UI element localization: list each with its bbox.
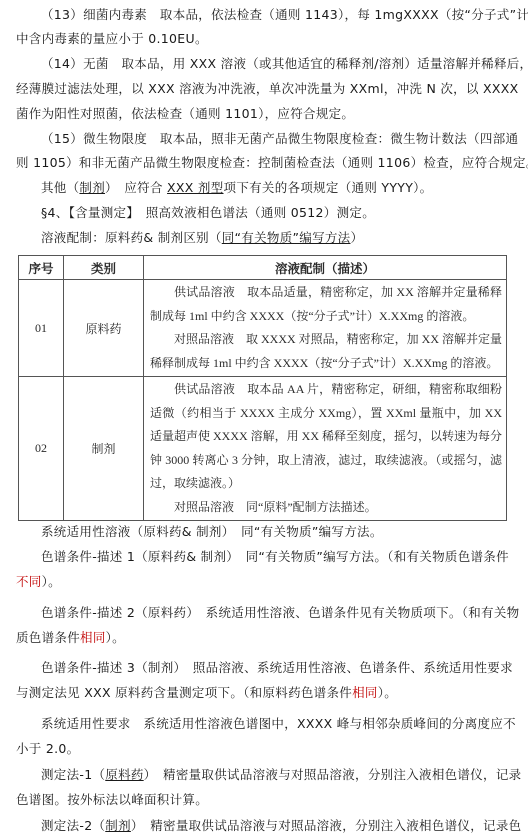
other-underlined-formulation: 制剂 <box>79 180 105 195</box>
method-1-suffix: ） 精密量取供试品溶液与对照品溶液，分别注入液相色谱仪，记录 <box>144 767 522 782</box>
method-1-line1: 测定法-1（原料药） 精密量取供试品溶液与对照品溶液，分别注入液相色谱仪，记录 <box>41 767 521 783</box>
chrom-cond-3-prefix: 与测定法见 XXX 原料药含量测定项下。（和原料药色谱条件 <box>16 685 352 700</box>
desc-paragraph: 对照品溶液 取 XXXX 对照品，精密称定，加 XX 溶解并定量稀释制成每 1m… <box>150 328 502 375</box>
para-14-line2: 经薄膜过滤法处理，以 XXX 溶液为冲洗液，单次冲洗量为 XXml，冲洗 N 次… <box>16 81 519 97</box>
desc-paragraph: 供试品溶液 取本品适量，精密称定，加 XX 溶解并定量稀释制成每 1ml 中约含… <box>150 281 502 328</box>
other-underlined-dosage-form: XXX 剂型 <box>167 180 223 195</box>
desc-paragraph: 供试品溶液 取本品 AA 片，精密称定，研细，精密称取细粉适微（约相当于 XXX… <box>150 378 502 496</box>
method-2-prefix: 测定法-2（ <box>41 818 105 833</box>
method-2-line1: 测定法-2（制剂） 精密量取供试品溶液与对照品溶液，分别注入液相色谱仪，记录色 <box>41 818 521 834</box>
highlight-different: 不同 <box>16 574 42 589</box>
row-description: 供试品溶液 取本品适量，精密称定，加 XX 溶解并定量稀释制成每 1ml 中约含… <box>144 280 507 377</box>
method-1-prefix: 测定法-1（ <box>41 767 105 782</box>
table-header-row: 序号 类别 溶液配制（描述） <box>19 256 507 280</box>
chrom-cond-3-line1: 色谱条件-描述 3（制剂） 照品溶液、系统适用性溶液、色谱条件、系统适用性要求 <box>41 660 513 676</box>
para-14-line1: （14）无菌 取本品，用 XXX 溶液（或其他适宜的稀释剂/溶剂）适量溶解并稀释… <box>41 56 528 72</box>
header-num: 序号 <box>19 256 64 280</box>
method-1-underlined: 原料药 <box>105 767 143 782</box>
table-row: 01 原料药 供试品溶液 取本品适量，精密称定，加 XX 溶解并定量稀释制成每 … <box>19 280 507 377</box>
method-2-underlined: 制剂 <box>105 818 131 833</box>
row-num: 01 <box>19 280 64 377</box>
row-category: 制剂 <box>64 377 144 521</box>
chrom-cond-2-line1: 色谱条件-描述 2（原料药） 系统适用性溶液、色谱条件见有关物质项下。（和有关物 <box>41 605 519 621</box>
para-other: 其他（制剂） 应符合 XXX 剂型项下有关的各项规定（通则 YYYY）。 <box>41 180 432 196</box>
system-suitability-solution: 系统适用性溶液（原料药& 制剂） 同“有关物质”编写方法。 <box>41 524 383 540</box>
chrom-cond-3-suffix: ）。 <box>378 685 397 700</box>
chrom-cond-1-line1: 色谱条件-描述 1（原料药& 制剂） 同“有关物质”编写方法。（和有关物质色谱条… <box>41 549 509 565</box>
para-13-line2: 中含内毒素的量应小于 0.10EU。 <box>16 31 208 47</box>
solution-prep-prefix: 溶液配制：原料药& 制剂区别（ <box>41 230 222 245</box>
other-prefix: 其他（ <box>41 180 79 195</box>
other-suffix: 项下有关的各项规定（通则 YYYY）。 <box>224 180 433 195</box>
row-num: 02 <box>19 377 64 521</box>
solution-prep-line: 溶液配制：原料药& 制剂区别（同“有关物质”编写方法） <box>41 230 363 246</box>
header-description: 溶液配制（描述） <box>144 256 507 280</box>
suitability-req-line1: 系统适用性要求 系统适用性溶液色谱图中，XXXX 峰与相邻杂质峰间的分离度应不 <box>41 716 516 732</box>
row-description: 供试品溶液 取本品 AA 片，精密称定，研细，精密称取细粉适微（约相当于 XXX… <box>144 377 507 521</box>
highlight-same: 相同 <box>80 630 106 645</box>
table-row: 02 制剂 供试品溶液 取本品 AA 片，精密称定，研细，精密称取细粉适微（约相… <box>19 377 507 521</box>
section-4-heading: §4、【含量测定】 照高效液相色谱法（通则 0512）测定。 <box>41 205 375 221</box>
header-category: 类别 <box>64 256 144 280</box>
chrom-cond-1-suffix: ）。 <box>42 574 61 589</box>
row-category: 原料药 <box>64 280 144 377</box>
highlight-same: 相同 <box>352 685 378 700</box>
solution-prep-table: 序号 类别 溶液配制（描述） 01 原料药 供试品溶液 取本品适量，精密称定，加… <box>18 255 507 521</box>
chrom-cond-2-prefix: 质色谱条件 <box>16 630 80 645</box>
solution-prep-underlined: 同“有关物质”编写方法 <box>222 230 351 245</box>
desc-paragraph: 对照品溶液 同“原料”配制方法描述。 <box>150 496 502 520</box>
chrom-cond-2-suffix: ）。 <box>106 630 125 645</box>
suitability-req-line2: 小于 2.0。 <box>16 741 79 757</box>
chrom-cond-3-line2: 与测定法见 XXX 原料药含量测定项下。（和原料药色谱条件相同）。 <box>16 685 397 701</box>
para-15-line1: （15）微生物限度 取本品，照非无菌产品微生物限度检查：微生物计数法（四部通 <box>41 131 518 147</box>
solution-prep-suffix: ） <box>351 230 364 245</box>
chrom-cond-2-line2: 质色谱条件相同）。 <box>16 630 125 646</box>
para-15-line2: 则 1105）和非无菌产品微生物限度检查：控制菌检查法（通则 1106）检查，应… <box>16 155 528 171</box>
method-2-suffix: ） 精密量取供试品溶液与对照品溶液，分别注入液相色谱仪，记录色 <box>131 818 522 833</box>
other-middle: ） 应符合 <box>105 180 167 195</box>
chrom-cond-1-line2: 不同）。 <box>16 574 61 590</box>
para-13-line1: （13）细菌内毒素 取本品，依法检查（通则 1143），每 1mgXXXX（按“… <box>41 7 528 23</box>
method-1-line2: 色谱图。按外标法以峰面积计算。 <box>16 792 208 808</box>
para-14-line3: 菌作为阳性对照菌，依法检查（通则 1101），应符合规定。 <box>16 106 354 122</box>
